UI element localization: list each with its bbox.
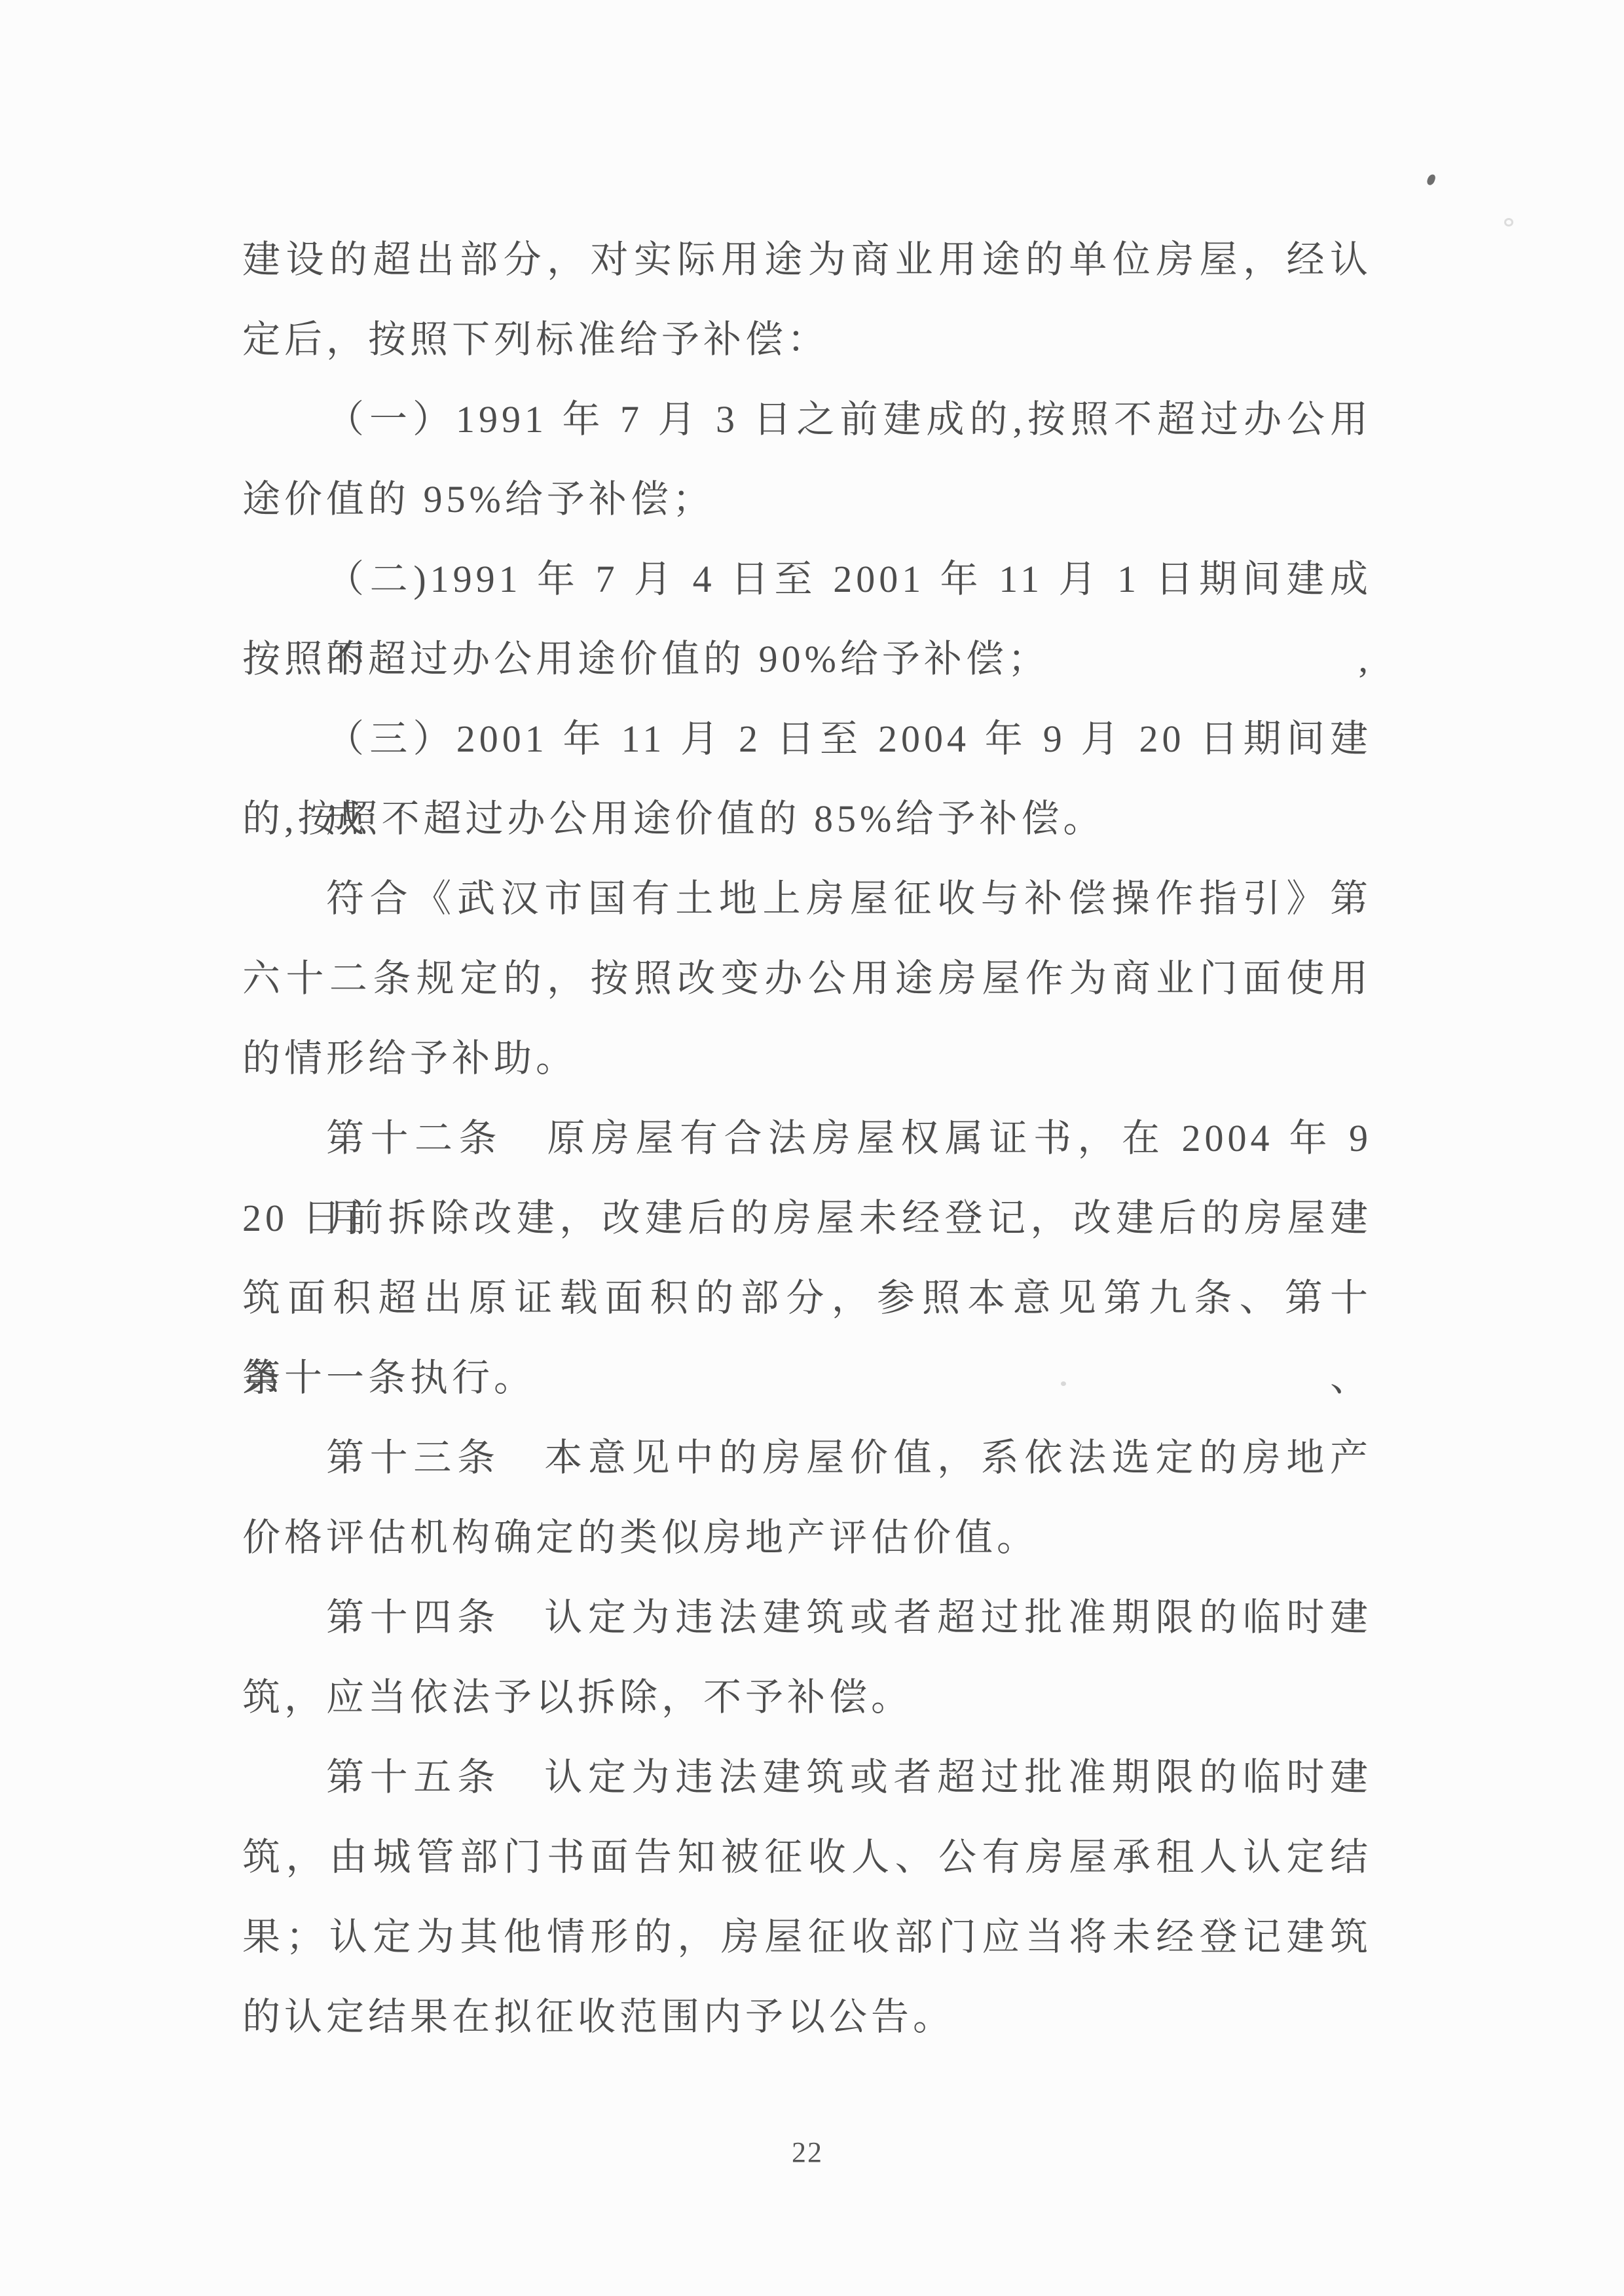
text-line: 定后，按照下列标准给予补偿：: [242, 300, 1372, 380]
text-line: 第十三条 本意见中的房屋价值，系依法选定的房地产: [242, 1418, 1372, 1498]
text-line: 六十二条规定的，按照改变办公用途房屋作为商业门面使用: [242, 939, 1372, 1019]
text-line: 符合《武汉市国有土地上房屋征收与补偿操作指引》第: [242, 859, 1372, 939]
text-line: （三）2001 年 11 月 2 日至 2004 年 9 月 20 日期间建成: [242, 699, 1372, 779]
scanned-document-page: 建设的超出部分，对实际用途为商业用途的单位房屋，经认 定后，按照下列标准给予补偿…: [0, 0, 1624, 2296]
scan-speck-icon: [1504, 218, 1513, 227]
text-line: 第十五条 认定为违法建筑或者超过批准期限的临时建: [242, 1738, 1372, 1817]
text-line: （一）1991 年 7 月 3 日之前建成的,按照不超过办公用: [242, 380, 1372, 460]
text-line: （二)1991 年 7 月 4 日至 2001 年 11 月 1 日期间建成的,: [242, 539, 1372, 619]
text-line: 的,按照不超过办公用途价值的 85%给予补偿。: [242, 779, 1372, 859]
text-line: 筑，由城管部门书面告知被征收人、公有房屋承租人认定结: [242, 1817, 1372, 1897]
text-line: 筑，应当依法予以拆除，不予补偿。: [242, 1658, 1372, 1738]
text-line: 途价值的 95%给予补偿；: [242, 460, 1372, 539]
document-body: 建设的超出部分，对实际用途为商业用途的单位房屋，经认 定后，按照下列标准给予补偿…: [242, 220, 1372, 2057]
text-line: 第十四条 认定为违法建筑或者超过批准期限的临时建: [242, 1578, 1372, 1658]
text-line: 果；认定为其他情形的，房屋征收部门应当将未经登记建筑: [242, 1897, 1372, 1977]
text-line: 的情形给予补助。: [242, 1019, 1372, 1099]
page-number: 22: [0, 2133, 1615, 2172]
text-line: 价格评估机构确定的类似房地产评估价值。: [242, 1498, 1372, 1578]
text-line: 筑面积超出原证载面积的部分，参照本意见第九条、第十条、: [242, 1258, 1372, 1338]
text-line: 建设的超出部分，对实际用途为商业用途的单位房屋，经认: [242, 220, 1372, 300]
text-line: 的认定结果在拟征收范围内予以公告。: [242, 1977, 1372, 2057]
scan-speck-icon: [1426, 173, 1437, 187]
text-line: 20 日前拆除改建，改建后的房屋未经登记，改建后的房屋建: [242, 1178, 1372, 1258]
text-line: 第十二条 原房屋有合法房屋权属证书，在 2004 年 9 月: [242, 1099, 1372, 1178]
